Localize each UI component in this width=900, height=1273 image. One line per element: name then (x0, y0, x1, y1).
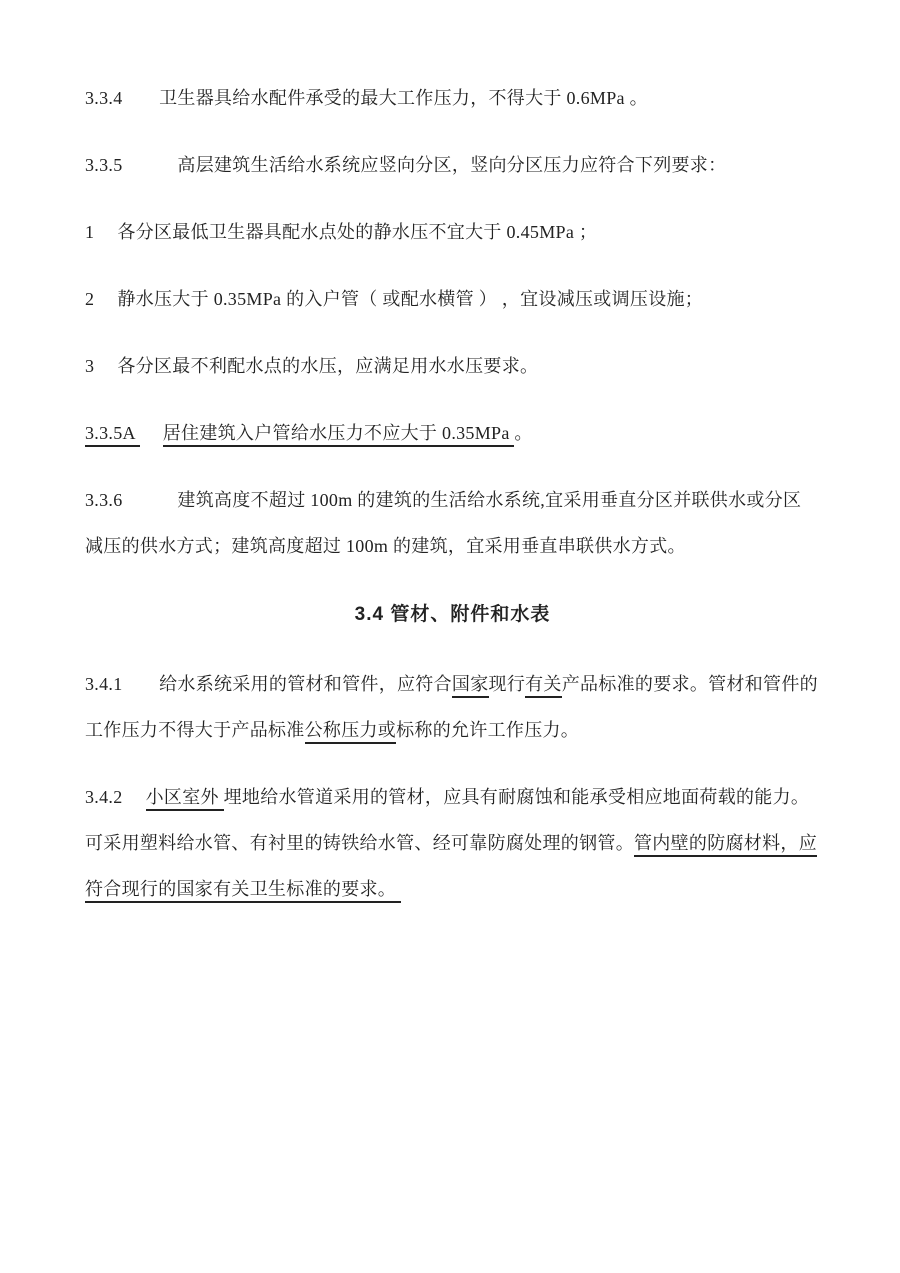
text-segment: 减压的供水方式；建筑高度超过 100m 的建筑，宜采用垂直串联供水方式。 (85, 536, 686, 556)
clause-3.3.5A: 3.3.5A 居住建筑入户管给水压力不应大于 0.35MPa 。 (85, 423, 820, 444)
text-segment: 3.4 管材、附件和水表 (355, 604, 551, 625)
underlined-text: 有关 (525, 674, 562, 698)
text-segment: 产品标准的要求。管材和管件的 (562, 674, 818, 694)
section-heading-3-4-line-1: 3.4 管材、附件和水表 (85, 603, 820, 627)
underlined-text: 符合现行的国家有关卫生标准的要求。 (85, 879, 401, 903)
text-segment: 3.3.6 建筑高度不超过 100m 的建筑的生活给水系统,宜采用垂直分区并联供… (85, 490, 801, 510)
document-page: 3.3.4 卫生器具给水配件承受的最大工作压力，不得大于 0.6MPa 。3.3… (0, 0, 900, 1273)
section-heading-3-4: 3.4 管材、附件和水表 (85, 603, 820, 627)
clause-3.3.5A-line-1: 3.3.5A 居住建筑入户管给水压力不应大于 0.35MPa 。 (85, 423, 820, 444)
clause-3.4.2-line-3: 符合现行的国家有关卫生标准的要求。 (85, 879, 820, 900)
clause-3.4.1-line-1: 3.4.1 给水系统采用的管材和管件，应符合国家现行有关产品标准的要求。管材和管… (85, 674, 820, 695)
text-segment: 标称的允许工作压力。 (396, 720, 579, 740)
underlined-text: 居住建筑入户管给水压力不应大于 0.35MPa (163, 423, 515, 447)
text-segment: 工作压力不得大于产品标准 (85, 720, 305, 740)
clause-3.4.2-line-2: 可采用塑料给水管、有衬里的铸铁给水管、经可靠防腐处理的钢管。管内壁的防腐材料，应 (85, 833, 820, 854)
subitem-3-line-1: 3 各分区最不利配水点的水压，应满足用水水压要求。 (85, 356, 820, 377)
clause-3.3.6-line-1: 3.3.6 建筑高度不超过 100m 的建筑的生活给水系统,宜采用垂直分区并联供… (85, 490, 820, 511)
text-segment: 3.3.4 卫生器具给水配件承受的最大工作压力，不得大于 0.6MPa 。 (85, 88, 648, 108)
subitem-3: 3 各分区最不利配水点的水压，应满足用水水压要求。 (85, 356, 820, 377)
clause-3.4.2: 3.4.2 小区室外 埋地给水管道采用的管材，应具有耐腐蚀和能承受相应地面荷载的… (85, 787, 820, 900)
clause-3.3.5: 3.3.5 高层建筑生活给水系统应竖向分区，竖向分区压力应符合下列要求： (85, 155, 820, 176)
text-segment: 埋地给水管道采用的管材，应具有耐腐蚀和能承受相应地面荷载的能力。 (224, 787, 810, 807)
text-segment: 3.4.1 给水系统采用的管材和管件，应符合 (85, 674, 452, 694)
text-segment: 3 各分区最不利配水点的水压，应满足用水水压要求。 (85, 356, 538, 376)
text-segment: 3.3.5 高层建筑生活给水系统应竖向分区，竖向分区压力应符合下列要求： (85, 155, 726, 175)
clause-3.3.5-line-1: 3.3.5 高层建筑生活给水系统应竖向分区，竖向分区压力应符合下列要求： (85, 155, 820, 176)
clause-3.3.6-line-2: 减压的供水方式；建筑高度超过 100m 的建筑，宜采用垂直串联供水方式。 (85, 536, 820, 557)
text-segment: 2 静水压大于 0.35MPa 的入户管（ 或配水横管 ） ，宜设减压或调压设施… (85, 289, 703, 309)
subitem-2-line-1: 2 静水压大于 0.35MPa 的入户管（ 或配水横管 ） ，宜设减压或调压设施… (85, 289, 820, 310)
underlined-text: 公称压力或 (305, 720, 397, 744)
text-segment: 可采用塑料给水管、有衬里的铸铁给水管、经可靠防腐处理的钢管。 (85, 833, 634, 853)
underlined-text: 小区室外 (146, 787, 224, 811)
clause-3.4.1: 3.4.1 给水系统采用的管材和管件，应符合国家现行有关产品标准的要求。管材和管… (85, 674, 820, 741)
text-segment: 。 (514, 423, 532, 443)
subitem-1-line-1: 1 各分区最低卫生器具配水点处的静水压不宜大于 0.45MPa ； (85, 222, 820, 243)
clause-3.3.6: 3.3.6 建筑高度不超过 100m 的建筑的生活给水系统,宜采用垂直分区并联供… (85, 490, 820, 557)
text-segment: 现行 (489, 674, 526, 694)
subitem-1: 1 各分区最低卫生器具配水点处的静水压不宜大于 0.45MPa ； (85, 222, 820, 243)
underlined-text: 管内壁的防腐材料，应 (634, 833, 817, 857)
underlined-text: 3.3.5A (85, 423, 140, 447)
clause-3.3.4: 3.3.4 卫生器具给水配件承受的最大工作压力，不得大于 0.6MPa 。 (85, 88, 820, 109)
document-body: 3.3.4 卫生器具给水配件承受的最大工作压力，不得大于 0.6MPa 。3.3… (85, 88, 820, 900)
text-segment (140, 423, 163, 443)
clause-3.4.1-line-2: 工作压力不得大于产品标准公称压力或标称的允许工作压力。 (85, 720, 820, 741)
subitem-2: 2 静水压大于 0.35MPa 的入户管（ 或配水横管 ） ，宜设减压或调压设施… (85, 289, 820, 310)
text-segment: 1 各分区最低卫生器具配水点处的静水压不宜大于 0.45MPa ； (85, 222, 597, 242)
clause-3.4.2-line-1: 3.4.2 小区室外 埋地给水管道采用的管材，应具有耐腐蚀和能承受相应地面荷载的… (85, 787, 820, 808)
text-segment: 3.4.2 (85, 787, 146, 807)
underlined-text: 国家 (452, 674, 489, 698)
clause-3.3.4-line-1: 3.3.4 卫生器具给水配件承受的最大工作压力，不得大于 0.6MPa 。 (85, 88, 820, 109)
